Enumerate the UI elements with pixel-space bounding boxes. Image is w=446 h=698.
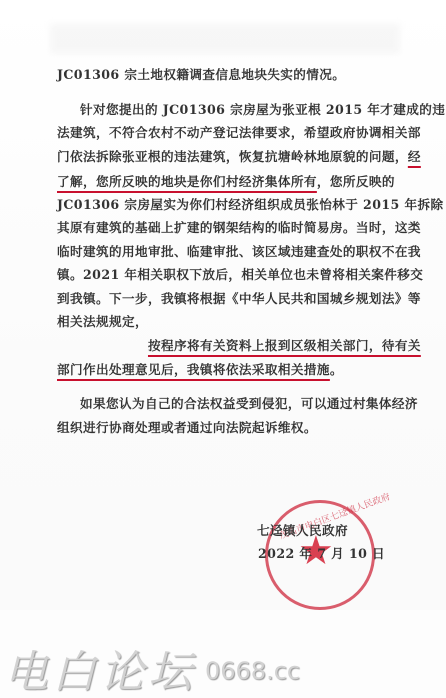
doc-line: 相关法规规定，按程序将有关资料上报到区级相关部门，待有关 <box>57 334 421 357</box>
signature-org: 七迳镇人民政府 <box>257 520 348 539</box>
document-page: JC01306 宗土地权籍调查信息地块失实的情况。 针对您提出的 JC01306… <box>0 0 446 610</box>
doc-line: 部门作出处理意见后，我镇将依法采取相关措施。 <box>57 358 343 381</box>
doc-line: 镇。2021 年相关职权下放后，相关单位也未曾将相关案件移交 <box>57 263 423 286</box>
doc-line: 门依法拆除张亚根的违法建筑，恢复抗塘岭林地原貌的问题，经 <box>57 145 421 168</box>
watermark-url: 0668.cc <box>205 657 300 685</box>
doc-line: 相关法规规定， <box>57 310 148 333</box>
doc-line: 了解，您所反映的地块是你们村经济集体所有，您所反映的 <box>57 170 395 193</box>
doc-line: 针对您提出的 JC01306 宗房屋为张亚根 2015 年才建成的违 <box>80 98 445 121</box>
watermark-brand: 电白论坛 <box>4 636 196 698</box>
doc-line: JC01306 宗房屋实为你们村经济组织成员张怡林于 2015 年拆除 <box>57 193 443 216</box>
blurred-header <box>50 24 400 54</box>
doc-line: 到我镇。下一步，我镇将根据《中华人民共和国城乡规划法》等 <box>57 287 421 310</box>
underlined-text: 按程序将有关资料上报到区级相关部门，待有关 <box>148 338 421 353</box>
underlined-text: 了解，您所反映的地块是你们村经济集体所有 <box>57 174 317 189</box>
doc-line: JC01306 宗土地权籍调查信息地块失实的情况。 <box>57 63 345 86</box>
doc-line: 法建筑，不符合农村不动产登记法律要求，希望政府协调相关部 <box>57 121 421 144</box>
doc-text: 门依法拆除张亚根的违法建筑，恢复抗塘岭林地原貌的问题， <box>57 149 408 164</box>
doc-line: 临时建筑的用地审批、临建审批、该区域违建查处的职权不在我 <box>57 240 421 263</box>
doc-text: ，您所反映的 <box>317 174 395 189</box>
underlined-text: 经 <box>408 149 421 164</box>
doc-text: 。 <box>330 362 343 377</box>
signature-date: 2022 年 7 月 10 日 <box>258 543 385 562</box>
doc-line: 组织进行协商处理或者通过向法院起诉维权。 <box>57 416 317 439</box>
underlined-text: 部门作出处理意见后，我镇将依法采取相关措施 <box>57 362 330 377</box>
doc-line: 其原有建筑的基础上扩建的钢架结构的临时简易房。当时，这类 <box>57 216 421 239</box>
doc-line: 如果您认为自己的合法权益受到侵犯，可以通过村集体经济 <box>80 392 418 415</box>
